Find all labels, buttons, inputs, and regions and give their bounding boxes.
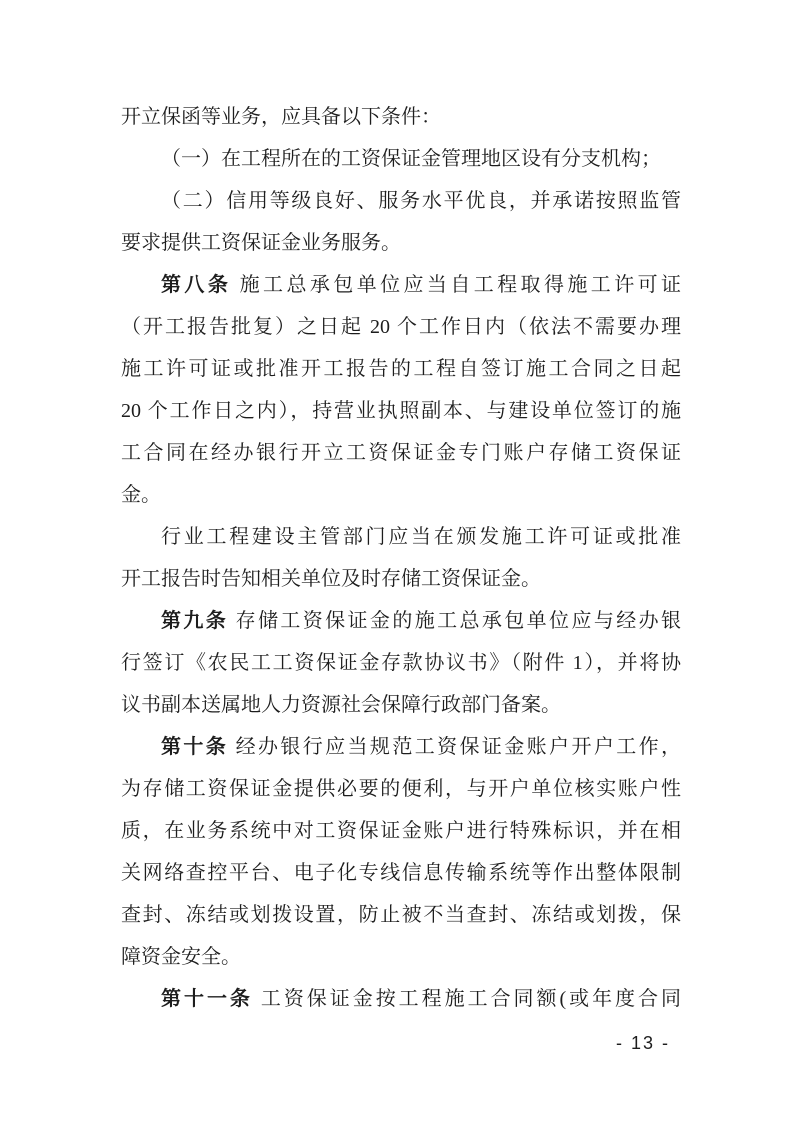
article-number-label: 第九条 <box>161 610 228 632</box>
line-text: 施工许可证或批准开工报告的工程自签订施工合同之日起 <box>121 358 681 380</box>
line-text: 行业工程建设主管部门应当在颁发施工许可证或批准 <box>161 526 681 548</box>
text-line: 开工报告时告知相关单位及时存储工资保证金。 <box>121 558 681 600</box>
line-text: 行签订《农民工工资保证金存款协议书》（附件 1），并将协 <box>121 652 681 674</box>
text-line: （一）在工程所在的工资保证金管理地区设有分支机构； <box>121 138 681 180</box>
line-text: 施工总承包单位应当自工程取得施工许可证 <box>231 274 681 296</box>
text-line: 工合同在经办银行开立工资保证金专门账户存储工资保证 <box>121 432 681 474</box>
line-text: 开工报告时告知相关单位及时存储工资保证金。 <box>121 568 541 590</box>
text-line: 20 个工作日之内），持营业执照副本、与建设单位签订的施 <box>121 390 681 432</box>
text-line: 行签订《农民工工资保证金存款协议书》（附件 1），并将协 <box>121 642 681 684</box>
text-line: 议书副本送属地人力资源社会保障行政部门备案。 <box>121 684 681 726</box>
line-text: 关网络查控平台、电子化专线信息传输系统等作出整体限制 <box>121 862 681 884</box>
line-text: 查封、冻结或划拨设置，防止被不当查封、冻结或划拨，保 <box>121 904 681 926</box>
text-line: 关网络查控平台、电子化专线信息传输系统等作出整体限制 <box>121 852 681 894</box>
line-text: （开工报告批复）之日起 20 个工作日内（依法不需要办理 <box>121 316 681 338</box>
line-text: 金。 <box>121 484 161 506</box>
line-text: 工资保证金按工程施工合同额(或年度合同 <box>253 988 681 1010</box>
article-number-label: 第十条 <box>161 736 228 758</box>
text-line: 第十一条 工资保证金按工程施工合同额(或年度合同 <box>121 978 681 1020</box>
text-line: 施工许可证或批准开工报告的工程自签订施工合同之日起 <box>121 348 681 390</box>
article-number-label: 第八条 <box>161 274 231 296</box>
line-text: 20 个工作日之内），持营业执照副本、与建设单位签订的施 <box>121 400 681 422</box>
text-line: 开立保函等业务，应具备以下条件： <box>121 96 681 138</box>
line-text: （一）在工程所在的工资保证金管理地区设有分支机构； <box>161 148 661 170</box>
article-number-label: 第十一条 <box>161 988 253 1010</box>
document-body: 开立保函等业务，应具备以下条件： （一）在工程所在的工资保证金管理地区设有分支机… <box>121 96 681 1020</box>
text-line: 障资金安全。 <box>121 936 681 978</box>
line-text: 经办银行应当规范工资保证金账户开户工作， <box>228 736 681 758</box>
text-line: 第九条 存储工资保证金的施工总承包单位应与经办银 <box>121 600 681 642</box>
line-text: 工合同在经办银行开立工资保证金专门账户存储工资保证 <box>121 442 681 464</box>
line-text: 存储工资保证金的施工总承包单位应与经办银 <box>228 610 681 632</box>
line-text: 要求提供工资保证金业务服务。 <box>121 232 401 254</box>
line-text: 开立保函等业务，应具备以下条件： <box>121 106 441 128</box>
line-text: 障资金安全。 <box>121 946 241 968</box>
text-line: 查封、冻结或划拨设置，防止被不当查封、冻结或划拨，保 <box>121 894 681 936</box>
text-line: 第十条 经办银行应当规范工资保证金账户开户工作， <box>121 726 681 768</box>
text-line: （二）信用等级良好、服务水平优良，并承诺按照监管 <box>121 180 681 222</box>
text-line: 为存储工资保证金提供必要的便利，与开户单位核实账户性 <box>121 768 681 810</box>
page-number: - 13 - <box>616 1031 670 1055</box>
line-text: 议书副本送属地人力资源社会保障行政部门备案。 <box>121 694 561 716</box>
text-line: 要求提供工资保证金业务服务。 <box>121 222 681 264</box>
text-line: （开工报告批复）之日起 20 个工作日内（依法不需要办理 <box>121 306 681 348</box>
line-text: 质，在业务系统中对工资保证金账户进行特殊标识，并在相 <box>121 820 681 842</box>
text-line: 行业工程建设主管部门应当在颁发施工许可证或批准 <box>121 516 681 558</box>
text-line: 金。 <box>121 474 681 516</box>
line-text: 为存储工资保证金提供必要的便利，与开户单位核实账户性 <box>121 778 681 800</box>
text-line: 质，在业务系统中对工资保证金账户进行特殊标识，并在相 <box>121 810 681 852</box>
text-line: 第八条 施工总承包单位应当自工程取得施工许可证 <box>121 264 681 306</box>
line-text: （二）信用等级良好、服务水平优良，并承诺按照监管 <box>161 190 681 212</box>
document-page: 开立保函等业务，应具备以下条件： （一）在工程所在的工资保证金管理地区设有分支机… <box>0 0 800 1131</box>
